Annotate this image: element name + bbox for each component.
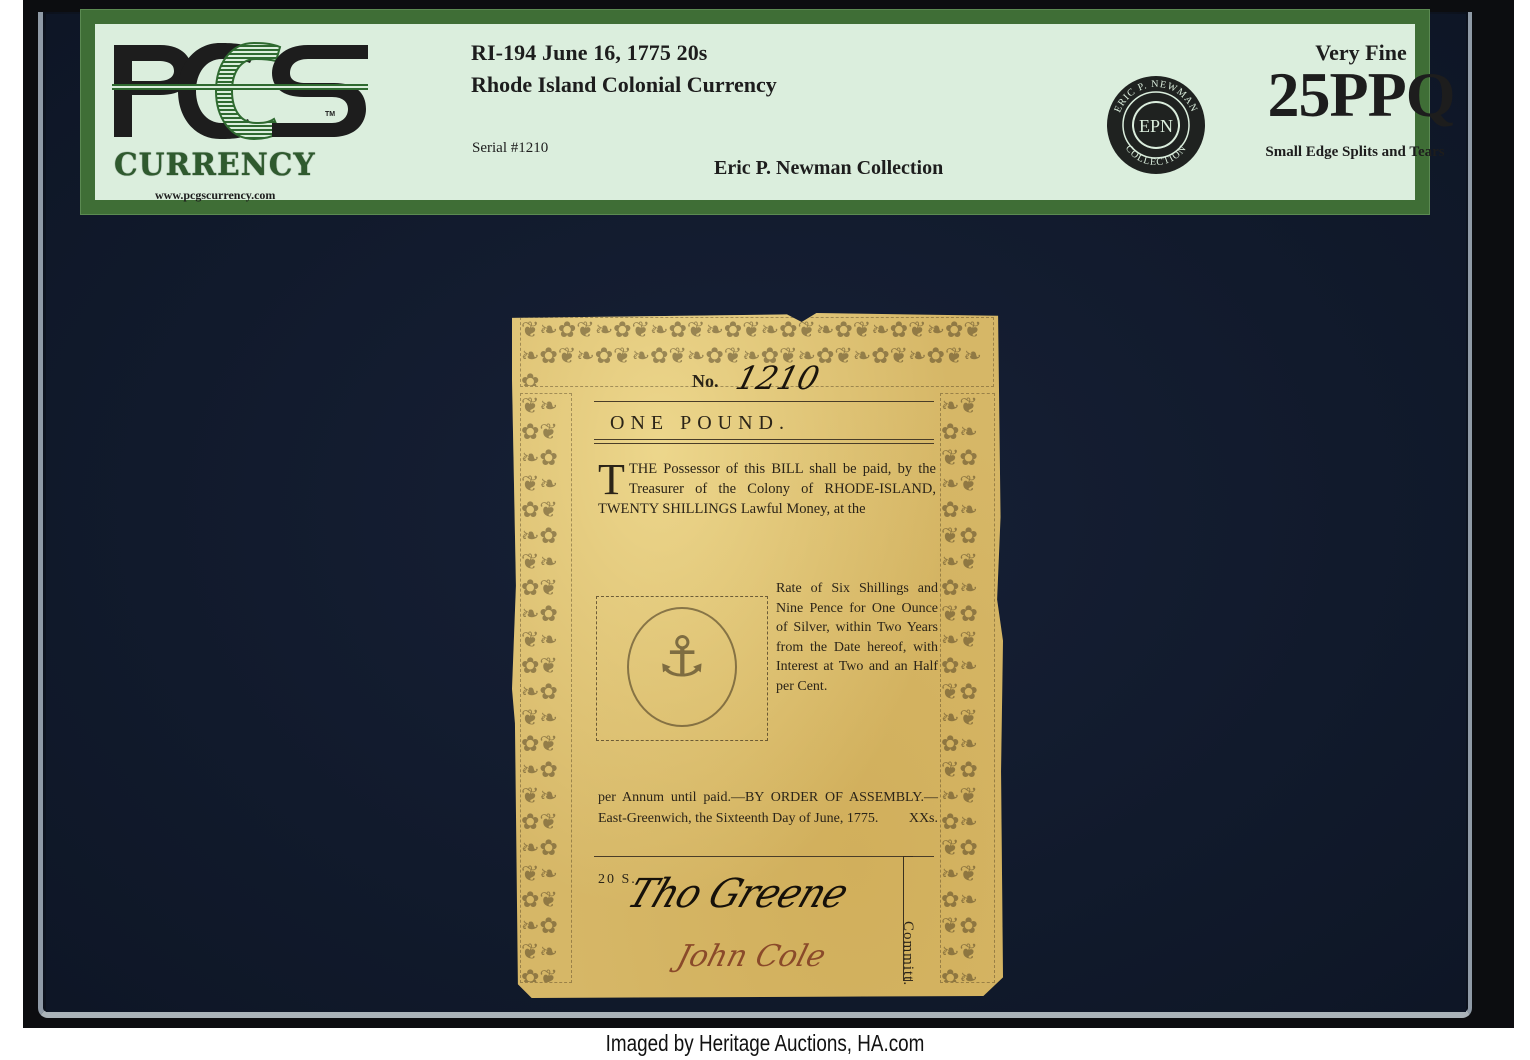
brand-currency-word: CURRENCY [114,149,349,181]
epn-seal-icon: ERIC P. NEWMAN COLLECTION EPN [1106,75,1206,175]
grading-label: TM CURRENCY www.pcgscurrency.com RI-194 … [80,9,1430,215]
svg-text:EPN: EPN [1139,116,1173,136]
small-denomination: 20 S. [598,872,637,888]
note-subtitle: Rhode Island Colonial Currency [471,72,777,98]
denomination-title: ONE POUND. [610,412,930,435]
collection-name: Eric P. Newman Collection [714,157,943,180]
brand-website: www.pcgscurrency.com [155,188,335,203]
anchor-vignette: ⚓ [596,596,768,741]
rule [594,443,934,444]
image-credit: Imaged by Heritage Auctions, HA.com [138,1030,1393,1057]
note-body-right-text: Rate of Six Shillings and Nine Pence for… [776,579,938,696]
note-number-prefix: No. [692,371,719,392]
rule [594,856,934,857]
signature-greene: Tho Greene [621,871,853,917]
pcgs-logo [112,41,368,141]
grade-comment: Small Edge Splits and Tears [1229,144,1481,161]
drop-cap: T [598,461,625,499]
trademark-mark: TM [325,111,335,118]
pcgs-letters-icon [112,41,368,141]
logo-bar [112,84,368,90]
note-title: RI-194 June 16, 1775 20s [471,40,707,66]
rule [594,401,934,402]
committee-label: Committ. [899,921,916,986]
anchor-icon: ⚓ [597,625,767,690]
note-body-text: TTHE Possessor of this BILL shall be pai… [598,459,936,519]
signature-cole: John Cole [673,939,829,974]
left-ornament: ❦❧✿❦❧✿❦❧✿❦❧✿❦❧✿❦❧✿❦❧✿❦❧✿❦❧✿❦❧✿❦❧✿❦❧✿❦❧✿❦… [520,393,572,983]
right-ornament: ❧❦✿❧❦✿❧❦✿❧❦✿❧❦✿❧❦✿❧❦✿❧❦✿❧❦✿❧❦✿❧❦✿❧❦✿❧❦✿❧… [940,393,995,983]
note-bottom-text: per Annum until paid.—BY ORDER OF ASSEMB… [598,787,938,829]
serial-number: Serial #1210 [472,140,548,157]
rule [594,439,934,440]
grade-value: 25PPQ [1241,60,1481,130]
note-number-handwritten: 1210 [732,359,824,397]
banknote: ❦❧✿❦❧✿❦❧✿❦❧✿❦❧✿❦❧✿❦❧✿❦❧✿❦❧✿❦❧✿❦❧✿❦❧✿❦❧✿❦… [512,311,1003,998]
